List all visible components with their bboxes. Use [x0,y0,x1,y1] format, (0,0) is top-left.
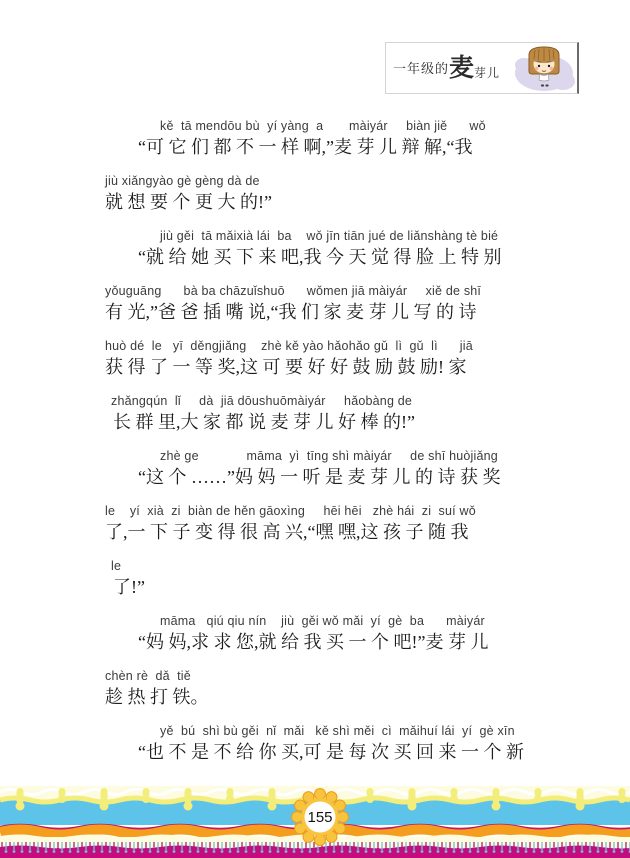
text-line: chèn rè dǎ tiě趁 热 打 铁。 [105,668,575,723]
text-line: zhǎngqún lǐ dà jiā dōushuōmàiyár hǎobàng… [105,393,575,448]
pinyin-line: yǒuguāng bà ba chāzuǐshuō wǒmen jiā màiy… [105,283,575,300]
hanzi-line: “这 个 ……”妈 妈 一 听 是 麦 芽 儿 的 诗 获 奖 [105,465,575,489]
text-line: le yí xià zi biàn de hěn gāoxìng hēi hēi… [105,503,575,558]
hanzi-line: “就 给 她 买 下 来 吧,我 今 天 觉 得 脸 上 特 别 [105,245,575,269]
hanzi-line: 就 想 要 个 更 大 的!” [105,190,575,214]
hanzi-line: “妈 妈,求 求 您,就 给 我 买 一 个 吧!”麦 芽 儿 [105,630,575,654]
pinyin-line: yě bú shì bù gěi nǐ mǎi kě shì měi cì mǎ… [105,723,575,740]
pinyin-line: huò dé le yī děngjiǎng zhè kě yào hǎohǎo… [105,338,575,355]
text-line: kě tā mendōu bù yí yàng a màiyár biàn ji… [105,118,575,173]
page-number: 155 [303,809,337,827]
pinyin-line: le yí xià zi biàn de hěn gāoxìng hēi hēi… [105,503,575,520]
girl-mascot-icon [513,43,577,93]
pinyin-line: zhè ge māma yì tīng shì màiyár de shī hu… [105,448,575,465]
text-line: jiù xiǎngyào gè gèng dà de就 想 要 个 更 大 的!… [105,173,575,228]
hanzi-line: 有 光,”爸 爸 插 嘴 说,“我 们 家 麦 芽 儿 写 的 诗 [105,300,575,324]
hanzi-line: 了!” [105,575,575,599]
chapter-header: 一年级的麦芽儿 [385,42,579,94]
pinyin-line: māma qiú qiu nín jiù gěi wǒ mǎi yí gè ba… [105,613,575,630]
book-page: 一年级的麦芽儿 kě tā mendōu bù yí yàng a m [0,0,630,858]
text-line: yǒuguāng bà ba chāzuǐshuō wǒmen jiā màiy… [105,283,575,338]
text-line: le了!” [105,558,575,613]
book-title: 一年级的麦芽儿 [393,56,500,81]
hanzi-line: 趁 热 打 铁。 [105,685,575,709]
story-text: kě tā mendōu bù yí yàng a màiyár biàn ji… [105,118,575,778]
pinyin-line: zhǎngqún lǐ dà jiā dōushuōmàiyár hǎobàng… [105,393,575,410]
text-line: huò dé le yī děngjiǎng zhè kě yào hǎohǎo… [105,338,575,393]
title-rest: 芽儿 [474,66,500,80]
pinyin-line: chèn rè dǎ tiě [105,668,575,685]
hanzi-line: “可 它 们 都 不 一 样 啊,”麦 芽 儿 辩 解,“我 [105,135,575,159]
hanzi-line: 获 得 了 一 等 奖,这 可 要 好 好 鼓 励 鼓 励! 家 [105,355,575,379]
text-line: yě bú shì bù gěi nǐ mǎi kě shì měi cì mǎ… [105,723,575,778]
text-line: māma qiú qiu nín jiù gěi wǒ mǎi yí gè ba… [105,613,575,668]
pinyin-line: jiù gěi tā mǎixià lái ba wǒ jīn tiān jué… [105,228,575,245]
text-line: jiù gěi tā mǎixià lái ba wǒ jīn tiān jué… [105,228,575,283]
hanzi-line: 了,一 下 子 变 得 很 高 兴,“嘿 嘿,这 孩 子 随 我 [105,520,575,544]
title-emphasis: 麦 [449,55,474,82]
pinyin-line: kě tā mendōu bù yí yàng a màiyár biàn ji… [105,118,575,135]
text-line: zhè ge māma yì tīng shì màiyár de shī hu… [105,448,575,503]
pinyin-line: le [105,558,575,575]
hanzi-line: 长 群 里,大 家 都 说 麦 芽 儿 好 棒 的!” [105,410,575,434]
title-prefix: 一年级的 [393,61,449,76]
pinyin-line: jiù xiǎngyào gè gèng dà de [105,173,575,190]
hanzi-line: “也 不 是 不 给 你 买,可 是 每 次 买 回 来 一 个 新 [105,740,575,764]
